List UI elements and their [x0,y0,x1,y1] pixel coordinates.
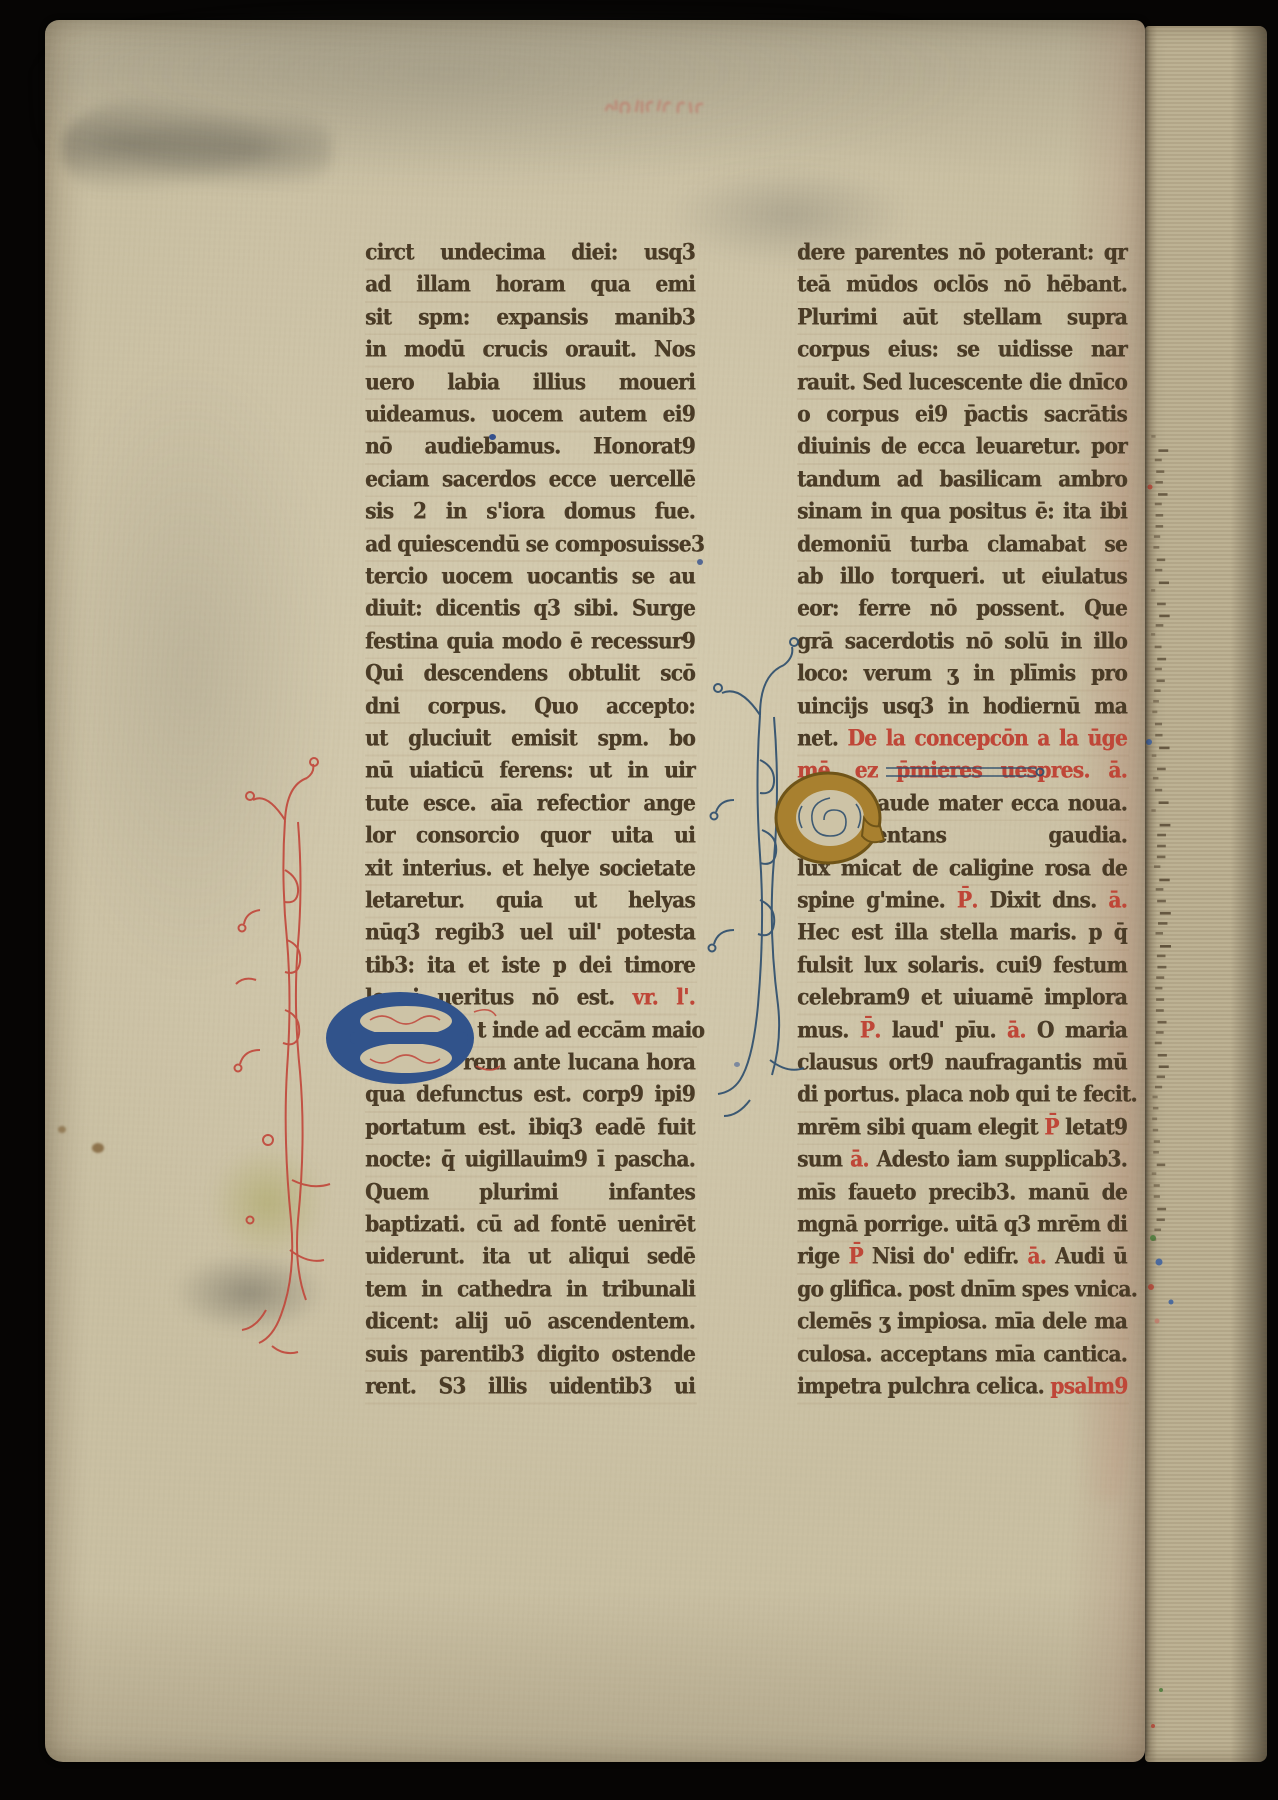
text-line: fulsit lux solaris. cui9 festum [797,951,1127,986]
rubric-line: rige P̄ Nisi do' edifr. ā. Audi ū [797,1242,1127,1277]
text-line: teā mūdos oclōs nō hēbant. [797,270,1127,305]
text-line: rauit. Sed lucescente die dnīco [797,368,1127,403]
rubric-line: impetra pulchra celica. psalm9 [797,1372,1127,1407]
text-line: tute esce. aīa refectior ange [365,789,695,824]
text-line: ad illam horam qua emi [365,270,695,305]
text-line: di portus. placa nob qui te fecit. [797,1080,1127,1115]
text-line: qua defunctus est. corp9 ipi9 [365,1080,695,1115]
text-line: suis parentib3 digito ostende [365,1340,695,1375]
fore-edge-page-stack [1145,26,1267,1762]
rubric-line: net. De la concepcōn a la ūge [797,724,1127,759]
text-line: rem ante lucana hora [463,1048,695,1083]
text-line: Hec est illa stella maris. p q̄ [797,918,1127,953]
text-line: letaretur. quia ut helyas [365,886,695,921]
text-line: culosa. acceptans mīa cantica. [797,1340,1127,1375]
fore-edge-text-flecks [1145,26,1267,1762]
text-line: nūq3 regib3 uel uil' potesta [365,918,695,953]
text-line: tib3: ita et iste p dei timore [365,951,695,986]
rubric-line: mē. ez p̄mieres uespres. ā. [797,756,1127,791]
text-line: in modū crucis orauit. Nos [365,335,695,370]
text-line: celebram9 et uiuamē implora [797,983,1127,1018]
text-line: aude mater ecca noua. [877,789,1127,824]
text-line: uideamus. uocem autem ei9 [365,400,695,435]
text-line: xit interius. et helye societate [365,854,695,889]
text-line: Qui descendens obtulit scō [365,659,695,694]
text-column-left: circt undecima diei: usq3ad illam horam … [365,238,697,1410]
text-line: circt undecima diei: usq3 [365,238,695,273]
rubric-line: mrēm sibi quam elegit P̄ letat9 [797,1113,1127,1148]
text-line: sit spm: expansis manib3 [365,303,695,338]
text-line: tercio uocem uocantis se au [365,562,695,597]
text-line: sis 2 in s'iora domus fue. [365,497,695,532]
text-line: uero labia illius moueri [365,368,695,403]
text-line: portatum est. ibiq3 eadē fuit [365,1113,695,1148]
text-line: uincijs usq3 in hodiernū ma [797,692,1127,727]
text-line: lux micat de caligine rosa de [797,854,1127,889]
text-line: mīs faueto precib3. manū de [797,1178,1127,1213]
text-column-right: dere parentes nō poterant: qrteā mūdos o… [797,238,1129,1410]
text-line: Quem plurimi infantes [365,1178,695,1213]
rubric-line: sum ā. Adesto iam supplicab3. [797,1145,1127,1180]
rubric-line: spine g'mine. P̄. Dixit dns. ā. [797,886,1127,921]
text-line: clemēs ʒ impiosa. mīa dele ma [797,1307,1127,1342]
text-line: demoniū turba clamabat se [797,530,1127,565]
text-line: eor: ferre nō possent. Que [797,594,1127,629]
text-line: dere parentes nō poterant: qr [797,238,1127,273]
text-line: diuit: dicentis q3 sibi. Surge [365,594,695,629]
text-line: baptizati. cū ad fontē uenirēt [365,1210,695,1245]
text-line: tem in cathedra in tribunali [365,1275,695,1310]
text-line: mgnā porrige. uitā q3 mrēm di [797,1210,1127,1245]
text-line: t inde ad eccām maio [477,1016,695,1051]
text-line: corpus eius: se uidisse nar [797,335,1127,370]
text-line: nū uiaticū ferens: ut in uir [365,756,695,791]
rubric-line: loqui ueritus nō est. vr. l'. [365,983,695,1018]
text-line: dicent: alij uō ascendentem. [365,1307,695,1342]
text-line: dni corpus. Quo accepto: [365,692,695,727]
text-line: festina quia modo ē recessur9 [365,627,695,662]
text-line: ut gluciuit emisit spm. bo [365,724,695,759]
text-line: uiderunt. ita ut aliqui sedē [365,1242,695,1277]
text-line: frequentans gaudia. [817,821,1127,856]
text-line: nocte: q̄ uigillauim9 ī pascha. [365,1145,695,1180]
text-line: o corpus ei9 p̄actis sacrātis [797,400,1127,435]
text-line: clausus ort9 naufragantis mū [797,1048,1127,1083]
text-line: diuinis de ecca leuaretur. por [797,432,1127,467]
photographed-manuscript: circt undecima diei: usq3ad illam horam … [0,0,1278,1800]
text-line: rent. S3 illis uidentib3 ui [365,1372,695,1407]
text-line: ab illo torqueri. ut eiulatus [797,562,1127,597]
text-line: go glifica. post dnīm spes vnica. [797,1275,1127,1310]
text-line: loco: verum ʒ in plīmis pro [797,659,1127,694]
text-line: Plurimi aūt stellam supra [797,303,1127,338]
faded-red-inscription [600,88,710,122]
rubric-line: mus. P̄. laud' pīu. ā. O maria [797,1016,1127,1051]
text-line: lor consorcio quor uita ui [365,821,695,856]
text-line: eciam sacerdos ecce uercellē [365,465,695,500]
text-line: sinam in qua positus ē: ita ibi [797,497,1127,532]
text-line: ad quiescendū se composuisse3 [365,530,695,565]
text-line: nō audiebamus. Honorat9 [365,432,695,467]
text-line: grā sacerdotis nō solū in illo [797,627,1127,662]
text-line: tandum ad basilicam ambro [797,465,1127,500]
